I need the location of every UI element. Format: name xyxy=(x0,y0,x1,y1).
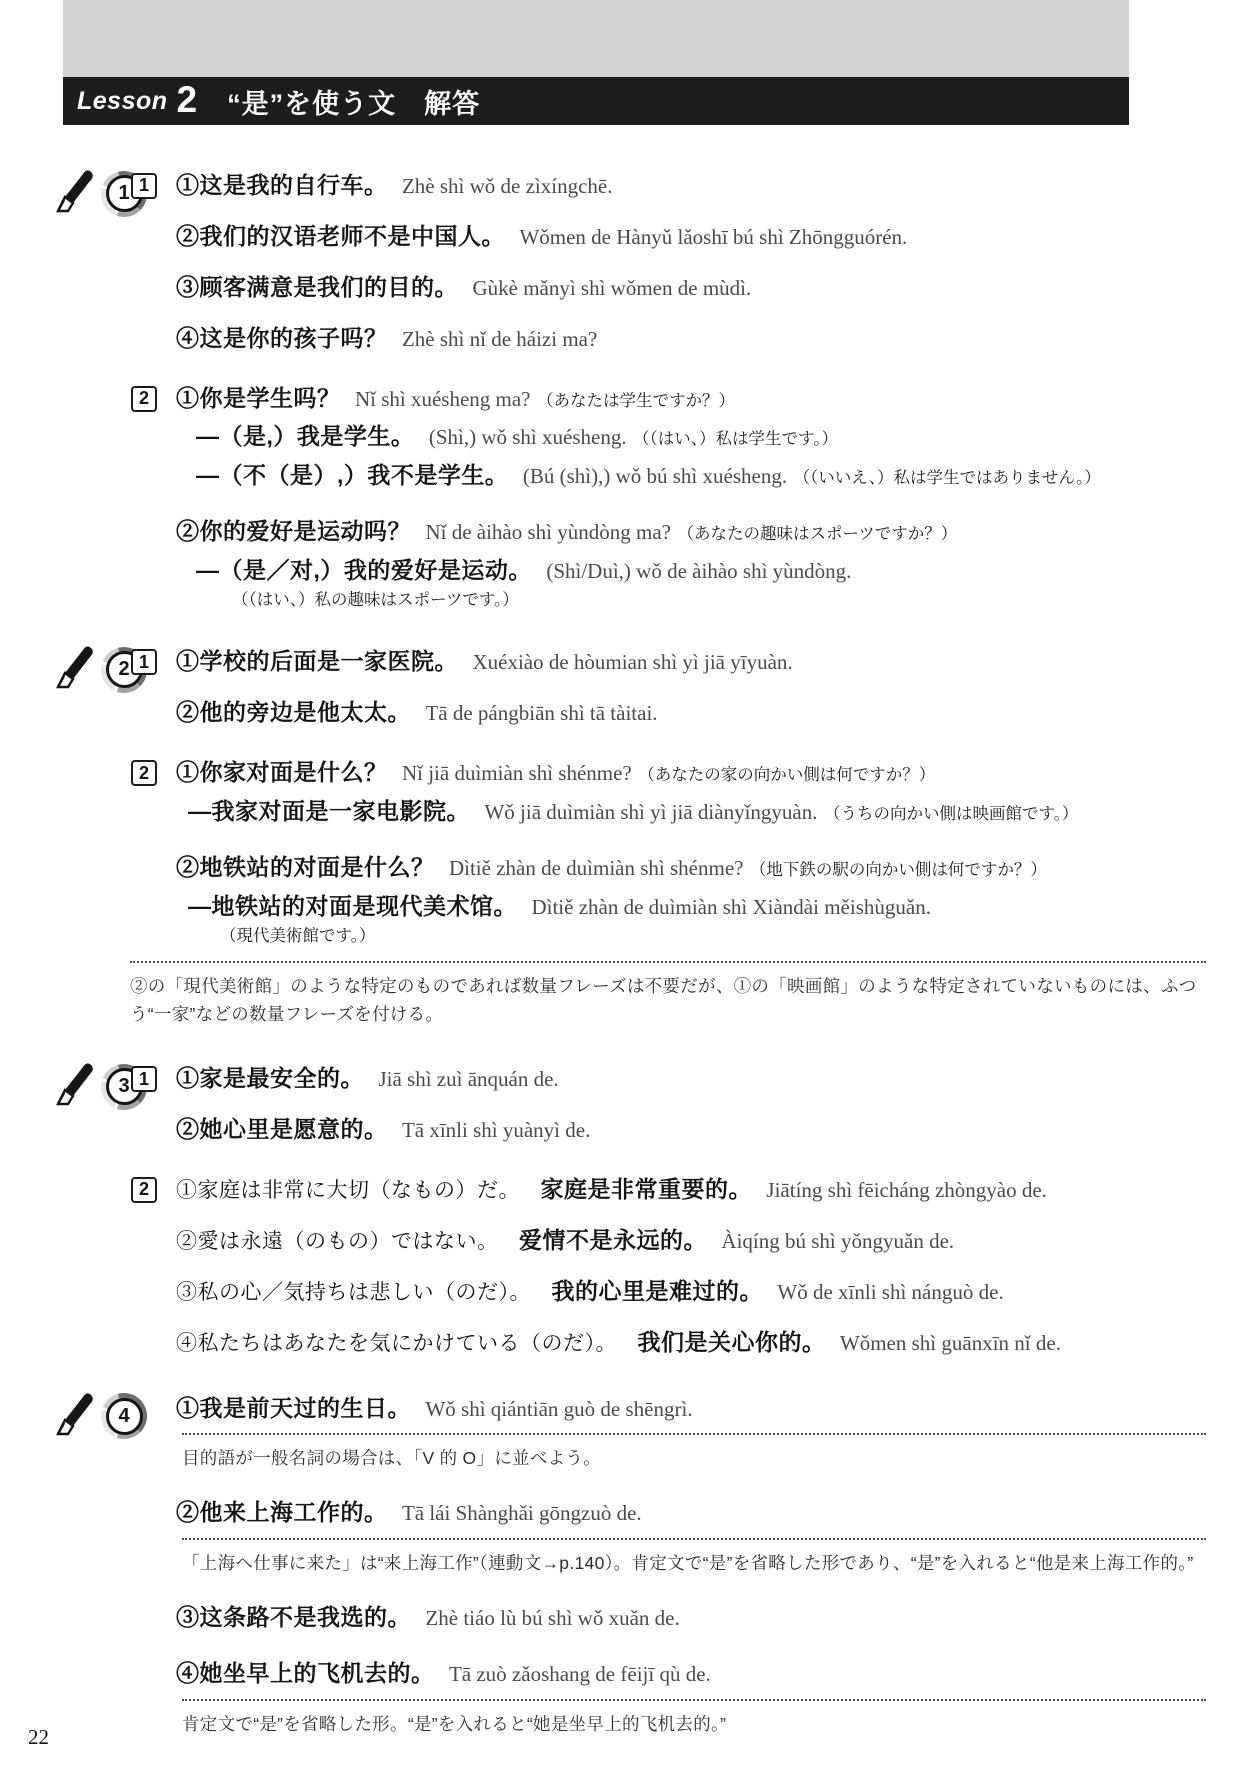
pinyin-text: Wǒmen shì guānxīn nǐ de. xyxy=(840,1331,1061,1355)
answer-line: —我家对面是一家电影院。 Wǒ jiā duìmiàn shì yì jiā d… xyxy=(188,797,1206,827)
hanzi-text: ①你是学生吗？ xyxy=(176,385,341,411)
hanzi-text: ②他来上海工作的。 xyxy=(176,1499,388,1525)
hanzi-text: ②她心里是愿意的。 xyxy=(176,1116,388,1142)
pinyin-text: Wǒ de xīnli shì nánguò de. xyxy=(777,1280,1003,1304)
exercise-line: 1 ①学校的后面是一家医院。 Xuéxiào de hòumian shì yì… xyxy=(176,647,1206,677)
pinyin-text: Jiā shì zuì ānquán de. xyxy=(378,1067,558,1091)
writing-hand-icon xyxy=(56,1392,94,1441)
exercise-line: ②他的旁边是他太太。 Tā de pángbiān shì tā tàitai. xyxy=(176,698,1206,728)
japanese-prompt: ③私の心／気持ちは悲しい（のだ）。 xyxy=(176,1281,531,1304)
grammar-note: ②の「現代美術館」のような特定のものであれば数量フレーズは不要だが、①の「映画館… xyxy=(130,961,1206,1028)
writing-hand-icon xyxy=(56,645,94,694)
hanzi-text: —（是,）我是学生。 xyxy=(196,423,414,449)
japanese-prompt: ①家庭は非常に大切（なもの）だ。 xyxy=(176,1179,520,1202)
hanzi-text: 我们是关心你的。 xyxy=(637,1329,825,1355)
header-bar: Lesson 2 “是”を使う文 解答 xyxy=(63,77,1129,125)
exercise-line: ②愛は永遠（のもの）ではない。 爱情不是永远的。 Àiqíng bú shì y… xyxy=(176,1226,1206,1256)
hanzi-text: ②你的爱好是运动吗？ xyxy=(176,518,411,544)
pinyin-text: Dìtiě zhàn de duìmiàn shì Xiàndài měishù… xyxy=(531,895,931,919)
japanese-annotation-line: （（はい、）私の趣味はスポーツです。） xyxy=(232,590,1206,611)
exercise-line: 2 ①家庭は非常に大切（なもの）だ。 家庭是非常重要的。 Jiātíng shì… xyxy=(176,1175,1206,1205)
answer-line: —地铁站的对面是现代美术馆。 Dìtiě zhàn de duìmiàn shì… xyxy=(188,892,1206,922)
pinyin-text: Zhè shì wǒ de zìxíngchē. xyxy=(402,174,613,198)
exercise-line: ④她坐早上的飞机去的。 Tā zuò zǎoshang de fēijī qù … xyxy=(176,1659,1206,1689)
exercise-line: ①我是前天过的生日。 Wǒ shì qiántiān guò de shēngr… xyxy=(176,1394,1206,1424)
exercise-line: ③顾客满意是我们的目的。 Gùkè mǎnyì shì wǒmen de mùd… xyxy=(176,273,1206,303)
answer-line: —（不（是）,）我不是学生。 (Bú (shì),) wǒ bú shì xué… xyxy=(196,461,1206,491)
exercise-line: 2 ①你是学生吗？ Nǐ shì xuésheng ma? （あなたは学生ですか… xyxy=(176,384,1206,414)
pinyin-text: Tā xīnli shì yuànyì de. xyxy=(402,1118,590,1142)
section-1: 1 1 ①这是我的自行车。 Zhè shì wǒ de zìxíngchē. ②… xyxy=(56,171,1206,611)
exercise-line: ③这条路不是我选的。 Zhè tiáo lù bú shì wǒ xuǎn de… xyxy=(176,1603,1206,1633)
exercise-line: ②地铁站的对面是什么？ Dìtiě zhàn de duìmiàn shì sh… xyxy=(176,853,1206,883)
pinyin-text: Dìtiě zhàn de duìmiàn shì shénme? xyxy=(449,856,744,880)
japanese-annotation: （あなたの家の向かい側は何ですか？） xyxy=(638,766,935,784)
hanzi-text: 爱情不是永远的。 xyxy=(519,1227,707,1253)
block-number-badge: 1 xyxy=(131,1066,157,1092)
header-gray-band xyxy=(63,0,1129,77)
hanzi-text: ①家是最安全的。 xyxy=(176,1065,364,1091)
hanzi-text: ①学校的后面是一家医院。 xyxy=(176,648,458,674)
page-title: “是”を使う文 解答 xyxy=(227,82,480,121)
block-number-badge: 2 xyxy=(131,1177,157,1203)
japanese-annotation: （あなたは学生ですか？） xyxy=(537,392,735,410)
lesson-number: 2 xyxy=(177,79,198,121)
hanzi-text: —地铁站的对面是现代美术馆。 xyxy=(188,893,517,919)
section-number-badge: 4 xyxy=(106,1398,143,1435)
exercise-line: 1 ①家是最安全的。 Jiā shì zuì ānquán de. xyxy=(176,1064,1206,1094)
pinyin-text: Tā zuò zǎoshang de fēijī qù de. xyxy=(449,1662,711,1686)
grammar-note: 肯定文で“是”を省略した形。“是”を入れると“她是坐早上的飞机去的。” xyxy=(182,1699,1206,1738)
pinyin-text: Wǒ shì qiántiān guò de shēngrì. xyxy=(425,1397,692,1421)
hanzi-text: ①我是前天过的生日。 xyxy=(176,1395,411,1421)
section-4: 4 ①我是前天过的生日。 Wǒ shì qiántiān guò de shēn… xyxy=(56,1394,1206,1739)
hanzi-text: —（不（是）,）我不是学生。 xyxy=(196,462,508,488)
pinyin-text: (Shì/Duì,) wǒ de àihào shì yùndòng. xyxy=(546,559,851,583)
hanzi-text: —我家对面是一家电影院。 xyxy=(188,798,470,824)
pinyin-text: (Bú (shì),) wǒ bú shì xuésheng. xyxy=(523,464,787,488)
pinyin-text: Jiātíng shì fēicháng zhòngyào de. xyxy=(766,1178,1047,1202)
japanese-annotation: （地下鉄の駅の向かい側は何ですか？） xyxy=(750,861,1047,879)
japanese-annotation-line: （現代美術館です。） xyxy=(220,926,1206,947)
hanzi-text: ④她坐早上的飞机去的。 xyxy=(176,1660,435,1686)
writing-hand-icon xyxy=(56,169,94,218)
exercise-line: 2 ①你家对面是什么？ Nǐ jiā duìmiàn shì shénme? （… xyxy=(176,758,1206,788)
pinyin-text: Zhè shì nǐ de háizi ma? xyxy=(402,327,597,351)
hanzi-text: ④这是你的孩子吗？ xyxy=(176,325,388,351)
hanzi-text: ③这条路不是我选的。 xyxy=(176,1604,411,1630)
pinyin-text: Tā lái Shànghǎi gōngzuò de. xyxy=(402,1501,642,1525)
lesson-label: Lesson xyxy=(77,87,168,116)
japanese-annotation: （（いいえ、）私は学生ではありません。） xyxy=(794,469,1101,487)
japanese-annotation: （あなたの趣味はスポーツですか？） xyxy=(677,525,957,543)
japanese-prompt: ②愛は永遠（のもの）ではない。 xyxy=(176,1230,499,1253)
block-number-badge: 1 xyxy=(131,173,157,199)
hanzi-text: 家庭是非常重要的。 xyxy=(540,1176,752,1202)
pinyin-text: Nǐ de àihào shì yùndòng ma? xyxy=(425,520,671,544)
pinyin-text: Wǒ jiā duìmiàn shì yì jiā diànyǐngyuàn. xyxy=(484,800,817,824)
textbook-page: Lesson 2 “是”を使う文 解答 1 1 ①这是我的 xyxy=(0,0,1247,1772)
block-number-badge: 2 xyxy=(131,386,157,412)
exercise-line: ②你的爱好是运动吗？ Nǐ de àihào shì yùndòng ma? （… xyxy=(176,517,1206,547)
exercise-line: ②她心里是愿意的。 Tā xīnli shì yuànyì de. xyxy=(176,1115,1206,1145)
page-content: 1 1 ①这是我的自行车。 Zhè shì wǒ de zìxíngchē. ②… xyxy=(56,150,1206,1772)
hanzi-text: ①你家对面是什么？ xyxy=(176,759,388,785)
block-number-badge: 1 xyxy=(131,649,157,675)
hanzi-text: ①这是我的自行车。 xyxy=(176,172,388,198)
pinyin-text: Nǐ shì xuésheng ma? xyxy=(355,387,531,411)
section-2: 2 1 ①学校的后面是一家医院。 Xuéxiào de hòumian shì … xyxy=(56,647,1206,1028)
pinyin-text: Gùkè mǎnyì shì wǒmen de mùdì. xyxy=(472,276,751,300)
pinyin-text: Tā de pángbiān shì tā tàitai. xyxy=(425,701,657,725)
hanzi-text: —（是／对,）我的爱好是运动。 xyxy=(196,557,532,583)
section-number-ring-icon: 4 xyxy=(101,1393,147,1439)
section-3: 3 1 ①家是最安全的。 Jiā shì zuì ānquán de. ②她心里… xyxy=(56,1064,1206,1357)
pinyin-text: Xuéxiào de hòumian shì yì jiā yīyuàn. xyxy=(472,650,792,674)
answer-line: —（是／对,）我的爱好是运动。 (Shì/Duì,) wǒ de àihào s… xyxy=(196,556,1206,586)
grammar-note: 「上海へ仕事に来た」は“来上海工作”（連動文→p.140）。肯定文で“是”を省略… xyxy=(182,1538,1206,1577)
hanzi-text: 我的心里是难过的。 xyxy=(551,1278,763,1304)
hanzi-text: ②地铁站的对面是什么？ xyxy=(176,854,435,880)
pinyin-text: Àiqíng bú shì yǒngyuǎn de. xyxy=(721,1229,954,1253)
pinyin-text: Zhè tiáo lù bú shì wǒ xuǎn de. xyxy=(425,1606,679,1630)
hanzi-text: ③顾客满意是我们的目的。 xyxy=(176,274,458,300)
japanese-annotation: （（はい、）私は学生です。） xyxy=(633,430,838,448)
pinyin-text: Wǒmen de Hànyǔ lǎoshī bú shì Zhōngguórén… xyxy=(519,225,907,249)
hanzi-text: ②我们的汉语老师不是中国人。 xyxy=(176,223,505,249)
japanese-prompt: ④私たちはあなたを気にかけている（のだ）。 xyxy=(176,1332,617,1355)
pinyin-text: Nǐ jiā duìmiàn shì shénme? xyxy=(402,761,632,785)
block-number-badge: 2 xyxy=(131,760,157,786)
writing-hand-icon xyxy=(56,1062,94,1111)
section-4-marker: 4 xyxy=(56,1392,147,1441)
japanese-annotation: （うちの向かい側は映画館です。） xyxy=(824,805,1078,823)
exercise-line: ④私たちはあなたを気にかけている（のだ）。 我们是关心你的。 Wǒmen shì… xyxy=(176,1328,1206,1358)
pinyin-text: (Shì,) wǒ shì xuésheng. xyxy=(429,425,627,449)
exercise-line: ②他来上海工作的。 Tā lái Shànghǎi gōngzuò de. xyxy=(176,1498,1206,1528)
answer-line: —（是,）我是学生。 (Shì,) wǒ shì xuésheng. （（はい、… xyxy=(196,422,1206,452)
grammar-note: 目的語が一般名詞の場合は、「V 的 O」に並べよう。 xyxy=(182,1433,1206,1472)
hanzi-text: ②他的旁边是他太太。 xyxy=(176,699,411,725)
exercise-line: ③私の心／気持ちは悲しい（のだ）。 我的心里是难过的。 Wǒ de xīnli … xyxy=(176,1277,1206,1307)
exercise-line: 1 ①这是我的自行车。 Zhè shì wǒ de zìxíngchē. xyxy=(176,171,1206,201)
page-number: 22 xyxy=(28,1725,49,1750)
exercise-line: ④这是你的孩子吗？ Zhè shì nǐ de háizi ma? xyxy=(176,324,1206,354)
exercise-line: ②我们的汉语老师不是中国人。 Wǒmen de Hànyǔ lǎoshī bú … xyxy=(176,222,1206,252)
